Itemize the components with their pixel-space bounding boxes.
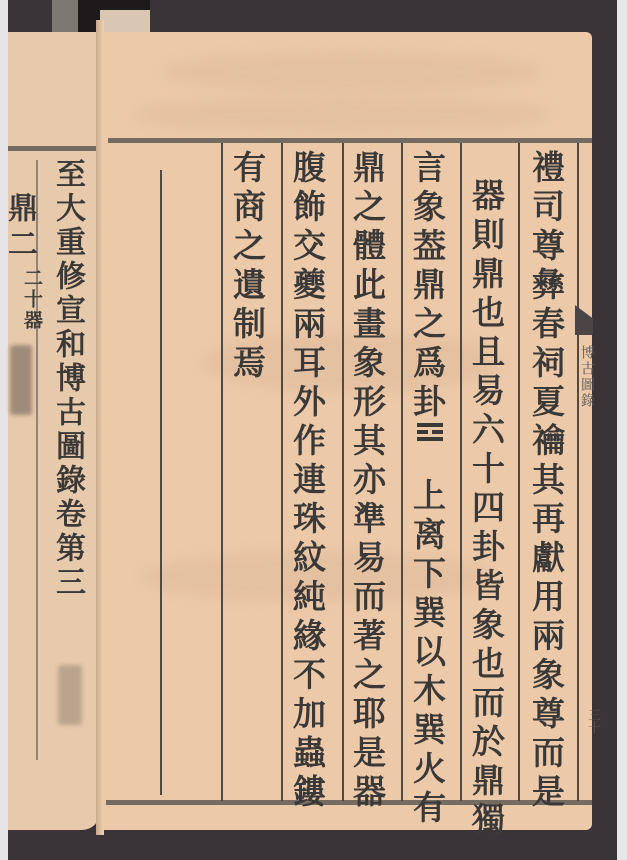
- column-rule: [342, 143, 344, 801]
- ink-smudge: [10, 345, 32, 415]
- edge-title: 博古圖錄: [577, 345, 597, 409]
- li-trigram-icon: [417, 423, 443, 444]
- column-rule: [577, 143, 579, 801]
- binding-clip: [52, 0, 78, 34]
- column-rule: [460, 143, 462, 801]
- text-column-3b: 上离下巽以木巽火有: [411, 478, 444, 829]
- text-column-1: 禮司尊彝春祠夏禴其再獻用兩象尊而是: [530, 150, 563, 813]
- viewer-edge: [617, 0, 627, 860]
- text-column-5: 腹飾交夔兩耳外作連珠紋純緣不加蟲鏤: [291, 150, 324, 813]
- section-label: 鼎二: [4, 192, 34, 264]
- book-title-column: 至大重修宣和博古圖錄卷第三: [52, 158, 82, 600]
- text-column-6: 有商之遺制焉: [231, 150, 264, 384]
- column-rule: [401, 143, 403, 801]
- text-column-3: 言象葢鼎之爲卦: [411, 150, 444, 423]
- column-rule: [160, 170, 162, 795]
- left-page-top-border: [8, 146, 98, 151]
- page-corner: [100, 10, 150, 34]
- column-rule: [281, 143, 283, 801]
- edge-page-number: 三十: [583, 708, 602, 734]
- ink-smudge: [58, 665, 82, 725]
- column-rule: [518, 143, 520, 801]
- column-rule: [221, 143, 223, 801]
- text-column-2: 器則鼎也且易六十四卦皆象也而於鼎獨: [470, 178, 503, 841]
- item-count-label: 二十器: [22, 268, 41, 331]
- text-column-4: 鼎之體此畫象形其亦準易而著之耶是器: [351, 150, 384, 813]
